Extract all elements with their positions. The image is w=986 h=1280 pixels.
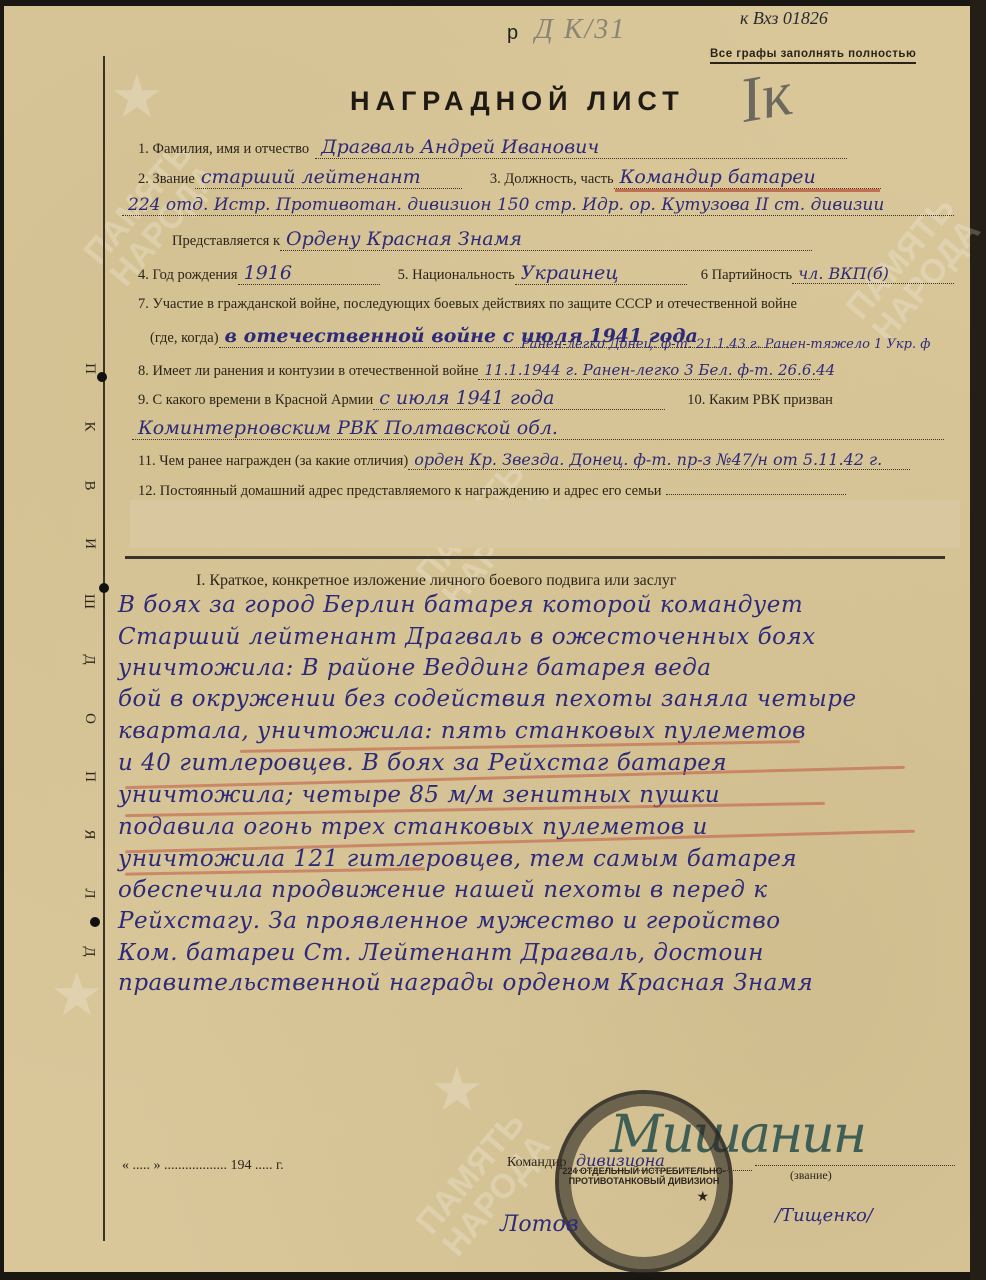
feat-line: уничтожила: В районе Веддинг батарея вед… (118, 655, 968, 681)
feat-section-heading: I. Краткое, конкретное изложение личного… (196, 572, 676, 590)
field-label: 6 Партийность (701, 267, 792, 284)
feat-line: Рейхстагу. За проявленное мужество и гер… (118, 908, 968, 934)
field-participation: 7. Участие в гражданской войне, последую… (138, 296, 797, 313)
signature-name: /Тищенко/ (775, 1205, 873, 1226)
field-value: Ордену Красная Знамя (280, 229, 812, 251)
margin-label-for-binding: ПКВИШДОПЯЛД (78, 360, 100, 960)
feat-line: В боях за город Берлин батарея которой к… (118, 592, 968, 618)
field-value: Драгваль Андрей Иванович (315, 137, 847, 159)
field-value: орден Кр. Звезда. Донец. ф-т. пр-з №47/н… (408, 451, 910, 470)
field-label: 10. Каким РВК призван (687, 392, 833, 409)
feat-line: Старший лейтенант Драгваль в ожесточенны… (118, 624, 968, 650)
field-value-position: Командир батареи (614, 167, 881, 189)
field-wounds-extra: Ранен-легко Донец. ф-т. 21.1.43 г. Ранен… (515, 338, 936, 352)
redacted-address-area (130, 500, 960, 548)
field-value-rank: старший лейтенант (195, 167, 462, 189)
field-label: 4. Год рождения (138, 267, 238, 284)
field-label: 8. Имеет ли ранения и контузии в отечест… (138, 363, 478, 380)
field-wounds: 8. Имеет ли ранения и контузии в отечест… (138, 362, 820, 380)
binding-margin-line (103, 56, 105, 1241)
feat-line: бой в окружении без содействия пехоты за… (118, 686, 968, 712)
field-value: Ранен-легко Донец. ф-т. 21.1.43 г. Ранен… (515, 338, 936, 352)
feat-line: правительственной награды орденом Красна… (118, 970, 968, 996)
field-label: (где, когда) (150, 330, 219, 347)
field-value-empty (666, 494, 846, 495)
stamp-star-icon: ★ (696, 1189, 709, 1206)
field-value-nationality: Украинец (515, 263, 687, 285)
field-value: 11.1.1944 г. Ранен-легко 3 Бел. ф-т. 26.… (478, 362, 820, 380)
feat-line: квартала, уничтожила: пять станковых пул… (118, 718, 968, 744)
field-recruitment-office: Коминтерновским РВК Полтавской обл. (132, 418, 944, 440)
field-unit: 224 отд. Истр. Противотан. дивизион 150 … (122, 196, 954, 216)
field-label: 5. Национальность (398, 267, 515, 284)
field-label: Представляется к (172, 233, 280, 250)
field-label: 7. Участие в гражданской войне, последую… (138, 296, 797, 313)
field-value-birth-year: 1916 (238, 263, 380, 285)
place-signature: Лотов (500, 1212, 579, 1237)
field-value: с июля 1941 года (373, 388, 665, 410)
feat-line: обеспечила продвижение нашей пехоты в пе… (118, 877, 968, 903)
field-label: 1. Фамилия, имя и отчество (138, 141, 309, 158)
field-presented-to: Представляется к Ордену Красная Знамя (172, 229, 812, 251)
field-previous-awards: 11. Чем ранее награжден (за какие отличи… (138, 451, 910, 470)
archive-ref-letter: р (507, 22, 518, 45)
field-label: 11. Чем ранее награжден (за какие отличи… (138, 453, 408, 470)
field-value-party: чл. ВКП(б) (792, 265, 954, 284)
feat-line: подавила огонь трех станковых пулеметов … (118, 814, 968, 840)
rank-label: (звание) (790, 1168, 832, 1183)
feat-line: и 40 гитлеровцев. В боях за Рейхстаг бат… (118, 750, 968, 776)
scan-edge (970, 0, 986, 1280)
field-full-name: 1. Фамилия, имя и отчество Драгваль Андр… (138, 137, 847, 159)
watermark-star-icon: ★ (50, 960, 104, 1030)
field-birth-nationality-party: 4. Год рождения 1916 5. Национальность У… (138, 263, 954, 285)
commander-rank-dots (755, 1165, 955, 1166)
field-home-address: 12. Постоянный домашний адрес представля… (138, 483, 846, 500)
section-separator (125, 556, 945, 559)
field-label: 9. С какого времени в Красной Армии (138, 392, 373, 409)
binding-hole (99, 583, 109, 593)
commander-label: Командир (507, 1155, 566, 1170)
commander-line: Командир дивизиона (507, 1152, 955, 1171)
official-stamp: 224 ОТДЕЛЬНЫЙ ИСТРЕБИТЕЛЬНО-ПРОТИВОТАНКО… (555, 1090, 733, 1273)
document-title: НАГРАДНОЙ ЛИСТ (350, 86, 685, 117)
watermark-star-icon: ★ (430, 1055, 484, 1125)
feat-line: Ком. батареи Ст. Лейтенант Драгваль, дос… (118, 940, 968, 966)
field-value: Коминтерновским РВК Полтавской обл. (132, 418, 944, 440)
field-rank-position: 2. Звание старший лейтенант 3. Должность… (138, 167, 881, 189)
field-value-unit: 224 отд. Истр. Противотан. дивизион 150 … (122, 196, 954, 216)
archive-code: к Вхз 01826 (740, 8, 828, 29)
field-label: 12. Постоянный домашний адрес представля… (138, 483, 662, 500)
field-label: 3. Должность, часть (490, 171, 614, 188)
instruction-text: Все графы заполнять полностью (710, 48, 916, 64)
commander-unit: дивизиона (570, 1152, 752, 1171)
pencil-reference: Д К/31 (535, 14, 626, 46)
watermark-star-icon: ★ (110, 62, 164, 132)
field-service-since: 9. С какого времени в Красной Армии с ию… (138, 388, 833, 410)
date-line: « ..... » .................. 194 ..... г… (122, 1158, 284, 1174)
field-label: 2. Звание (138, 171, 195, 188)
